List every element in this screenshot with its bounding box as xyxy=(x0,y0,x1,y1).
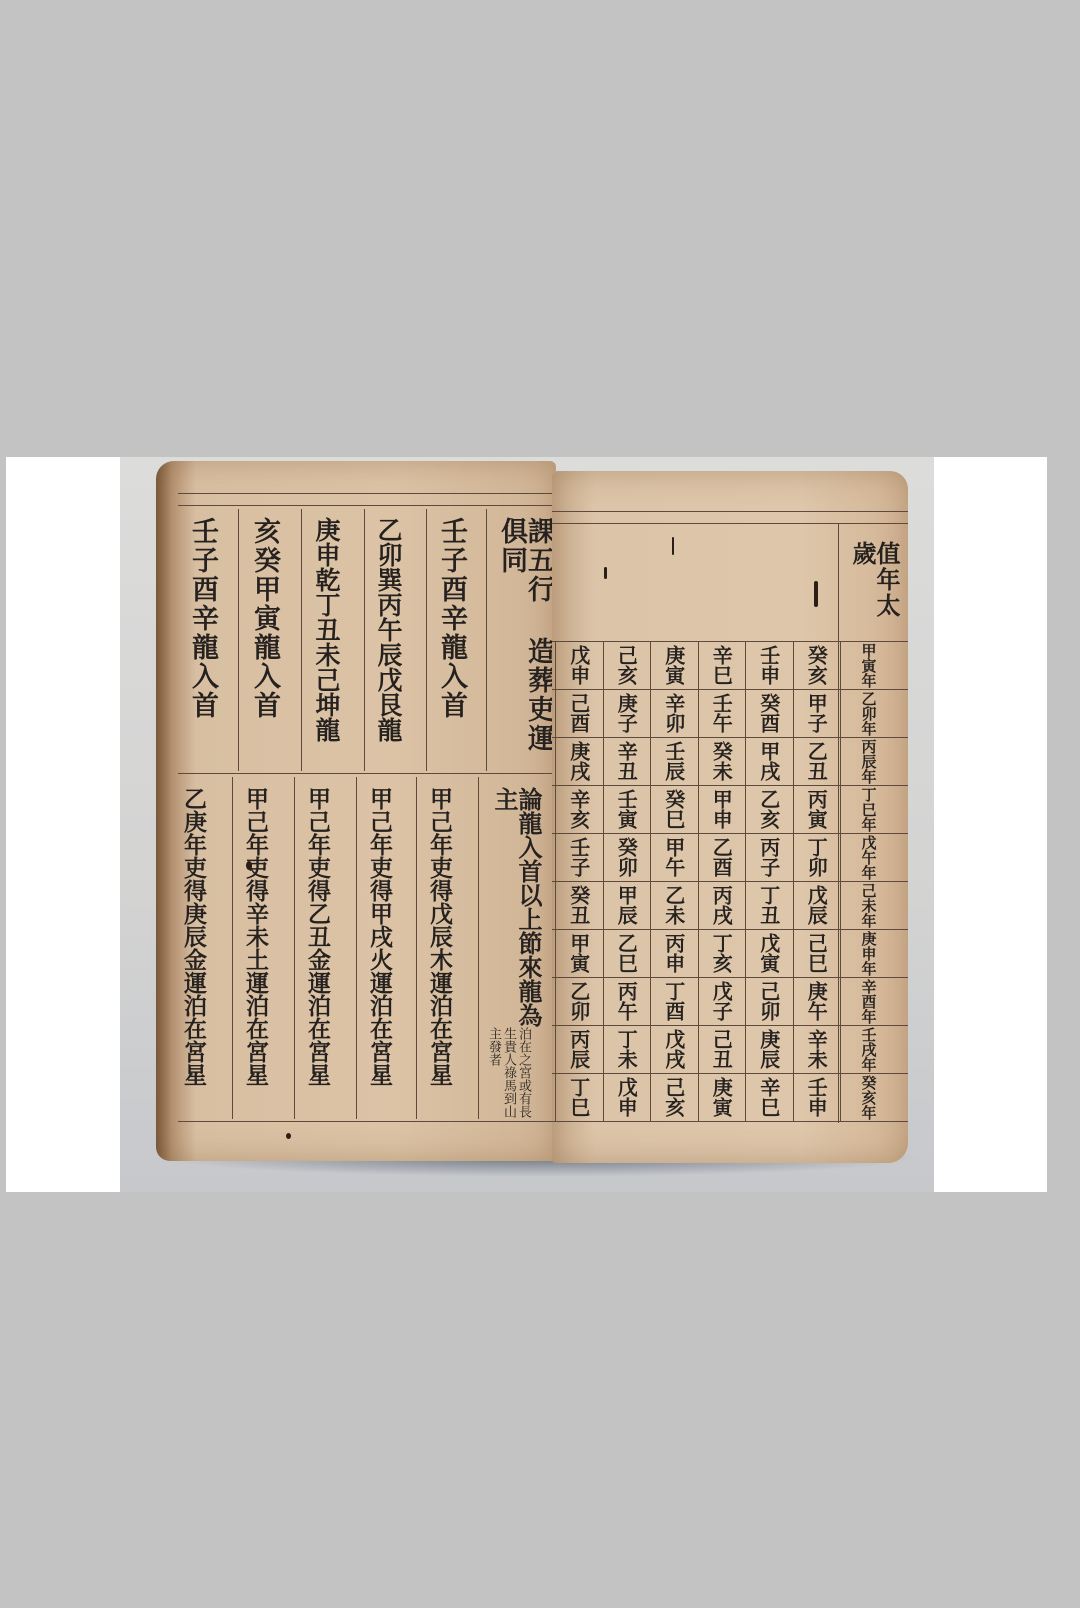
text-column: 乙庚年吏得庚辰金運泊在宮星 xyxy=(182,787,205,1117)
table-cell: 戊寅 xyxy=(745,929,793,977)
year-row-header: 辛酉年 xyxy=(840,977,896,1025)
column-rule xyxy=(478,777,479,1119)
table-cell: 己巳 xyxy=(793,929,841,977)
table-cell: 辛亥 xyxy=(555,785,603,833)
table-cell: 辛丑 xyxy=(603,737,651,785)
wormhole-mark xyxy=(246,861,252,870)
table-cell: 己卯 xyxy=(745,977,793,1025)
table-cell: 壬子 xyxy=(555,833,603,881)
column-rule xyxy=(486,509,487,771)
page-title: 值年太歲 xyxy=(850,541,898,641)
table-cell: 乙巳 xyxy=(603,929,651,977)
column-rule xyxy=(416,777,417,1119)
table-cell: 辛巳 xyxy=(698,641,746,689)
table-cell: 乙丑 xyxy=(793,737,841,785)
table-cell: 丁丑 xyxy=(745,881,793,929)
year-row-header: 乙卯年 xyxy=(840,689,896,737)
section-heading-lower: 論龍入首以上節來龍為主 xyxy=(492,787,540,1027)
year-row-header: 丁巳年 xyxy=(840,785,896,833)
table-cell: 壬午 xyxy=(698,689,746,737)
year-row-header: 甲寅年 xyxy=(840,641,896,689)
ink-mark xyxy=(814,581,818,607)
table-cell: 癸亥 xyxy=(793,641,841,689)
table-cell: 丙子 xyxy=(745,833,793,881)
wormhole-mark xyxy=(286,1133,291,1139)
section-heading-upper: 課五行 造葬吏運俱同 xyxy=(498,517,552,767)
table-cell: 庚寅 xyxy=(698,1073,746,1121)
column-rule xyxy=(426,509,427,771)
top-border-line xyxy=(178,493,553,494)
column-rule xyxy=(238,509,239,771)
table-cell: 丙寅 xyxy=(793,785,841,833)
year-row-header: 壬戌年 xyxy=(840,1025,896,1073)
table-cell: 己酉 xyxy=(555,689,603,737)
year-row-header: 庚申年 xyxy=(840,929,896,977)
text-column: 甲己年吏得乙丑金運泊在宮星 xyxy=(306,787,329,1117)
table-cell: 戊戌 xyxy=(650,1025,698,1073)
table-cell: 壬辰 xyxy=(650,737,698,785)
table-cell: 甲申 xyxy=(698,785,746,833)
table-cell: 丙午 xyxy=(603,977,651,1025)
table-cell: 丙辰 xyxy=(555,1025,603,1073)
table-cell: 壬申 xyxy=(745,641,793,689)
section-divider xyxy=(178,773,553,774)
table-cell: 丙申 xyxy=(650,929,698,977)
table-cell: 庚午 xyxy=(793,977,841,1025)
table-cell: 辛卯 xyxy=(650,689,698,737)
text-column: 甲己年吏得辛未土運泊在宮星 xyxy=(244,787,267,1117)
table-cell: 癸未 xyxy=(698,737,746,785)
annotation-note: 泊在之宮或有長生貴人祿馬到山主發者 xyxy=(486,1027,531,1123)
table-cell: 己亥 xyxy=(650,1073,698,1121)
table-cell: 乙酉 xyxy=(698,833,746,881)
table-cell: 戊申 xyxy=(555,641,603,689)
table-cell: 癸巳 xyxy=(650,785,698,833)
year-row-header: 癸亥年 xyxy=(840,1073,896,1121)
text-column: 亥癸甲寅龍入首 xyxy=(251,517,278,767)
table-cell: 壬申 xyxy=(793,1073,841,1121)
table-cell: 壬寅 xyxy=(603,785,651,833)
text-column: 壬子酉辛龍入首 xyxy=(438,517,465,767)
table-cell: 丙戌 xyxy=(698,881,746,929)
table-cell: 庚戌 xyxy=(555,737,603,785)
left-page: 課五行 造葬吏運俱同 壬子酉辛龍入首 乙卯巽丙午辰戊艮龍 庚申乾丁丑未己坤龍 亥… xyxy=(156,461,556,1161)
column-rule xyxy=(301,509,302,771)
table-cell: 丁亥 xyxy=(698,929,746,977)
column-rule xyxy=(356,777,357,1119)
table-cell: 己亥 xyxy=(603,641,651,689)
text-column: 乙卯巽丙午辰戊艮龍 xyxy=(376,517,401,767)
table-bottom-line xyxy=(552,1121,908,1122)
table-cell: 己丑 xyxy=(698,1025,746,1073)
ink-mark xyxy=(604,567,607,579)
ink-mark xyxy=(672,537,674,555)
table-cell: 乙未 xyxy=(650,881,698,929)
column-rule xyxy=(364,509,365,771)
year-row-header: 戊午年 xyxy=(840,833,896,881)
table-cell: 庚辰 xyxy=(745,1025,793,1073)
table-cell: 庚寅 xyxy=(650,641,698,689)
table-cell: 癸酉 xyxy=(745,689,793,737)
column-rule xyxy=(294,777,295,1119)
right-page: 值年太歲 甲寅年乙卯年丙辰年丁巳年戊午年己未年庚申年辛酉年壬戌年癸亥年癸亥甲子乙… xyxy=(552,471,908,1163)
column-rule xyxy=(232,777,233,1119)
table-cell: 甲午 xyxy=(650,833,698,881)
table-cell: 乙卯 xyxy=(555,977,603,1025)
table-cell: 癸丑 xyxy=(555,881,603,929)
table-cell: 癸卯 xyxy=(603,833,651,881)
year-row-header: 己未年 xyxy=(840,881,896,929)
table-cell: 丁酉 xyxy=(650,977,698,1025)
table-cell: 甲辰 xyxy=(603,881,651,929)
table-cell: 甲寅 xyxy=(555,929,603,977)
text-column: 甲己年吏得戊辰木運泊在宮星 xyxy=(428,787,451,1117)
table-cell: 庚子 xyxy=(603,689,651,737)
manuscript-photo: 課五行 造葬吏運俱同 壬子酉辛龍入首 乙卯巽丙午辰戊艮龍 庚申乾丁丑未己坤龍 亥… xyxy=(120,457,934,1192)
table-cell: 辛未 xyxy=(793,1025,841,1073)
table-cell: 戊子 xyxy=(698,977,746,1025)
table-cell: 乙亥 xyxy=(745,785,793,833)
table-cell: 丁未 xyxy=(603,1025,651,1073)
table-cell: 辛巳 xyxy=(745,1073,793,1121)
top-border-line-inner xyxy=(178,505,553,506)
table-cell: 丁巳 xyxy=(555,1073,603,1121)
year-row-header: 丙辰年 xyxy=(840,737,896,785)
text-column: 壬子酉辛龍入首 xyxy=(189,517,216,767)
table-cell: 甲子 xyxy=(793,689,841,737)
top-border-line-inner xyxy=(552,523,908,524)
table-cell: 戊辰 xyxy=(793,881,841,929)
table-cell: 甲戌 xyxy=(745,737,793,785)
top-border-line xyxy=(552,511,908,512)
text-column: 甲己年吏得甲戌火運泊在宮星 xyxy=(368,787,391,1117)
table-cell: 戊申 xyxy=(603,1073,651,1121)
text-column: 庚申乾丁丑未己坤龍 xyxy=(314,517,339,767)
table-cell: 丁卯 xyxy=(793,833,841,881)
